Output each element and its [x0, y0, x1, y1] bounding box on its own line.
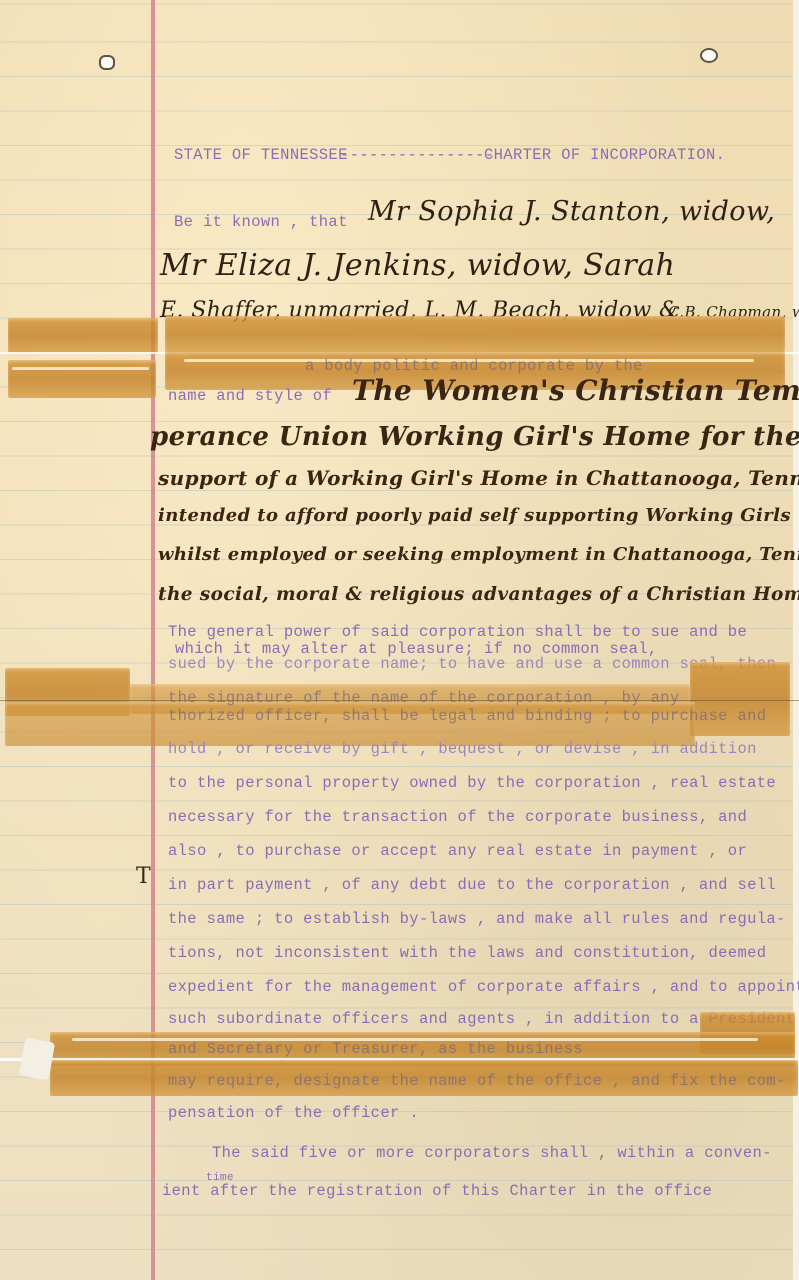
repair-tape — [8, 360, 156, 398]
repair-tape — [165, 316, 785, 352]
handwritten-purpose-line-1: The Women's Christian Tem- — [352, 374, 799, 407]
punch-hole-left — [99, 55, 115, 70]
body-line-3: the signature of the name of the corpora… — [168, 689, 680, 707]
body-line-4: thorized officer, shall be legal and bin… — [168, 707, 766, 725]
body-line-18: ient after the registration of this Char… — [162, 1182, 712, 1200]
handwritten-purpose-line-6: the social, moral & religious advantages… — [158, 584, 799, 605]
body-line-9: in part payment , of any debt due to the… — [168, 876, 776, 894]
margin-check-mark: T — [136, 864, 151, 889]
repair-tape — [8, 318, 158, 354]
body-line-12: expedient for the management of corporat… — [168, 978, 799, 996]
body-line-7: necessary for the transaction of the cor… — [168, 808, 747, 826]
heading-state: STATE OF TENNESSEE — [174, 146, 348, 164]
handwritten-name-line-2: Mr Eliza J. Jenkins, widow, Sarah — [160, 248, 675, 283]
body-line-18-superscript: time — [206, 1172, 234, 1184]
body-line-2: sued by the corporate name; to have and … — [168, 655, 776, 673]
body-line-1: The general power of said corporation sh… — [168, 623, 747, 641]
body-line-15: may require, designate the name of the o… — [168, 1072, 786, 1090]
heading-charter: CHARTER OF INCORPORATION. — [484, 146, 725, 164]
body-line-10: the same ; to establish by-laws , and ma… — [168, 910, 786, 928]
obscured-typed-line: a body politic and corporate by the — [305, 357, 643, 375]
punch-hole-right — [700, 48, 718, 63]
body-line-16: pensation of the officer . — [168, 1104, 419, 1122]
body-line-14: and Secretary or Treasurer, as the busin… — [168, 1040, 583, 1058]
heading-dashes: ---------------- — [340, 146, 494, 164]
handwritten-purpose-line-5: whilst employed or seeking employment in… — [158, 544, 799, 565]
handwritten-purpose-line-4: intended to afford poorly paid self supp… — [158, 505, 791, 526]
body-line-17: The said five or more corporators shall … — [212, 1144, 772, 1162]
name-and-style-label: name and style of — [168, 387, 332, 405]
body-line-11: tions, not inconsistent with the laws an… — [168, 944, 766, 962]
handwritten-purpose-line-2: perance Union Working Girl's Home for th… — [150, 422, 799, 452]
intro-text: Be it known , that — [174, 213, 348, 231]
body-line-6: to the personal property owned by the co… — [168, 774, 776, 792]
body-line-8: also , to purchase or accept any real es… — [168, 842, 747, 860]
handwritten-name-line-1: Mr Sophia J. Stanton, widow, — [368, 196, 775, 227]
body-line-5: hold , or receive by gift , bequest , or… — [168, 740, 757, 758]
handwritten-purpose-line-3: support of a Working Girl's Home in Chat… — [158, 466, 799, 490]
